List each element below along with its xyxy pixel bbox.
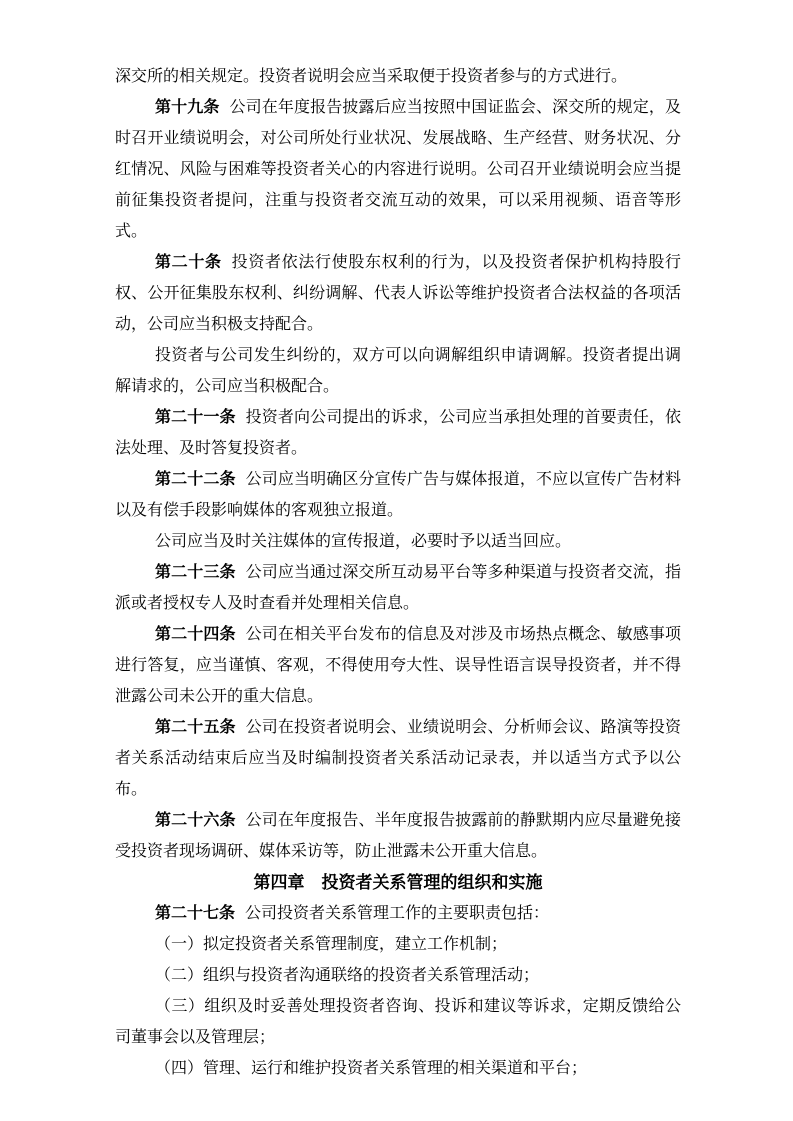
article-number: 第十九条 <box>155 99 220 116</box>
article-number: 第二十条 <box>155 254 222 271</box>
article-number: 第二十五条 <box>155 719 236 736</box>
article-paragraph: 第二十二条公司应当明确区分宣传广告与媒体报道，不应以宣传广告材料以及有偿手段影响… <box>115 464 681 526</box>
article-number: 第二十二条 <box>155 471 236 488</box>
paragraph-text: 公司应当及时关注媒体的宣传报道，必要时予以适当回应。 <box>155 533 571 550</box>
paragraph-text: （三）组织及时妥善处理投资者咨询、投诉和建议等诉求，定期反馈给公司董事会以及管理… <box>115 998 681 1046</box>
paragraph: （三）组织及时妥善处理投资者咨询、投诉和建议等诉求，定期反馈给公司董事会以及管理… <box>115 991 681 1053</box>
article-paragraph: 第二十五条公司在投资者说明会、业绩说明会、分析师会议、路演等投资者关系活动结束后… <box>115 712 681 805</box>
paragraph: 公司应当及时关注媒体的宣传报道，必要时予以适当回应。 <box>115 526 681 557</box>
paragraph-text: 投资者与公司发生纠纷的，双方可以向调解组织申请调解。投资者提出调解请求的，公司应… <box>115 347 681 395</box>
document-content: 深交所的相关规定。投资者说明会应当采取便于投资者参与的方式进行。第十九条公司在年… <box>0 0 793 1084</box>
paragraph-text: 公司投资者关系管理工作的主要职责包括： <box>245 905 549 922</box>
article-number: 第二十七条 <box>155 905 235 922</box>
article-paragraph: 第二十条投资者依法行使股东权利的行为，以及投资者保护机构持股行权、公开征集股东权… <box>115 247 681 340</box>
article-paragraph: 第二十四条公司在相关平台发布的信息及对涉及市场热点概念、敏感事项进行答复，应当谨… <box>115 619 681 712</box>
article-number: 第二十四条 <box>155 626 236 643</box>
article-paragraph: 第十九条公司在年度报告披露后应当按照中国证监会、深交所的规定，及时召开业绩说明会… <box>115 92 681 247</box>
paragraph-text: （二）组织与投资者沟通联络的投资者关系管理活动； <box>155 967 539 984</box>
document-page: 深交所的相关规定。投资者说明会应当采取便于投资者参与的方式进行。第十九条公司在年… <box>0 0 793 1121</box>
article-number: 第二十六条 <box>155 812 236 829</box>
paragraph: （四）管理、运行和维护投资者关系管理的相关渠道和平台； <box>115 1053 681 1084</box>
article-paragraph: 第二十七条公司投资者关系管理工作的主要职责包括： <box>115 898 681 929</box>
paragraph-text: 深交所的相关规定。投资者说明会应当采取便于投资者参与的方式进行。 <box>115 68 627 85</box>
paragraph-text: （四）管理、运行和维护投资者关系管理的相关渠道和平台； <box>155 1060 587 1077</box>
paragraph-text: （一）拟定投资者关系管理制度，建立工作机制； <box>155 936 507 953</box>
article-number: 第二十三条 <box>155 564 236 581</box>
article-number: 第二十一条 <box>155 409 236 426</box>
article-paragraph: 第二十三条公司应当通过深交所互动易平台等多种渠道与投资者交流，指派或者授权专人及… <box>115 557 681 619</box>
chapter-heading: 第四章 投资者关系管理的组织和实施 <box>115 867 681 898</box>
paragraph: （二）组织与投资者沟通联络的投资者关系管理活动； <box>115 960 681 991</box>
paragraph: （一）拟定投资者关系管理制度，建立工作机制； <box>115 929 681 960</box>
paragraph-text: 公司在年度报告披露后应当按照中国证监会、深交所的规定，及时召开业绩说明会，对公司… <box>115 99 681 240</box>
paragraph: 投资者与公司发生纠纷的，双方可以向调解组织申请调解。投资者提出调解请求的，公司应… <box>115 340 681 402</box>
paragraph: 深交所的相关规定。投资者说明会应当采取便于投资者参与的方式进行。 <box>115 61 681 92</box>
article-paragraph: 第二十一条投资者向公司提出的诉求，公司应当承担处理的首要责任，依法处理、及时答复… <box>115 402 681 464</box>
article-paragraph: 第二十六条公司在年度报告、半年度报告披露前的静默期内应尽量避免接受投资者现场调研… <box>115 805 681 867</box>
